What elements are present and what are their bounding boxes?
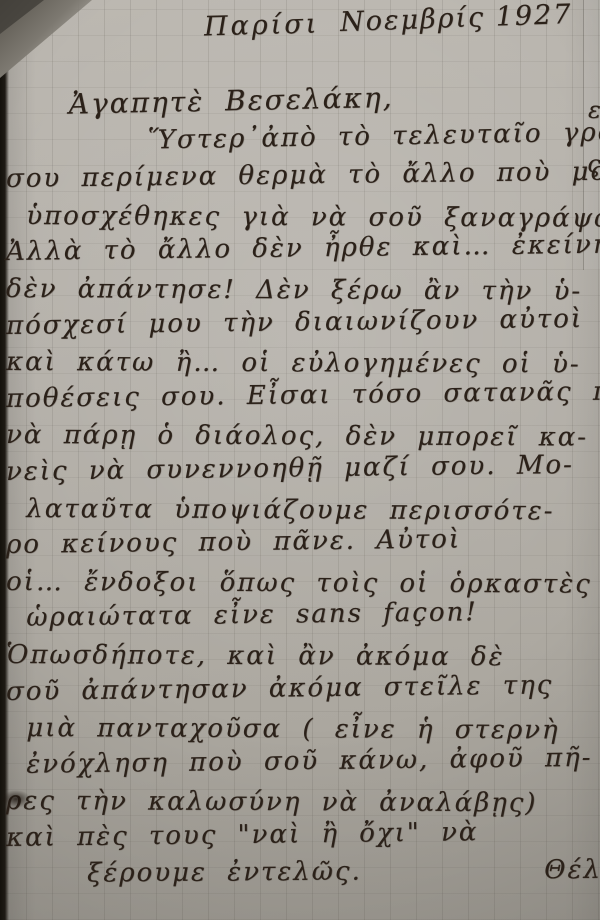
letter-line: σοῦ ἀπάντησαν ἀκόμα στεῖλε της	[6, 666, 600, 710]
edge-ink-fragment: ε	[588, 96, 600, 124]
letter-body: Ἀγαπητὲ Βεσελάκη, Ὕστερ᾽ἀπὸ τὸ τελευταῖο…	[6, 88, 600, 893]
ink-blotch	[1, 790, 31, 808]
letter-line: νεὶς νὰ συνεννοηθῇ μαζί σου. Μο-	[6, 447, 600, 491]
letter-line: ὡραιώτατα εἶνε sans façon!	[6, 593, 600, 637]
letter-line: πόσχεσί μου τὴν διαιωνίζουν αὐτοὶ	[6, 300, 600, 344]
letter-line: καὶ πὲς τους "ναὶ ἢ ὄχι" νὰ	[6, 813, 600, 857]
letter-photo: Παρίσι Νοεμβρίς 1927 Ἀγαπητὲ Βεσελάκη, Ὕ…	[0, 0, 600, 920]
letter-place: Παρίσι	[204, 8, 320, 42]
letter-line: ξέρουμε ἐντελῶς. Θέλω νὰ	[6, 852, 600, 893]
letter-line: σου περίμενα θερμὰ τὸ ἄλλο ποὺ μοῦ	[6, 154, 600, 198]
letter-line: ποθέσεις σου. Εἶσαι τόσο σατανᾶς ποὺ	[6, 373, 600, 417]
letter-line: ρο κείνους ποὺ πᾶνε. Αὐτοὶ	[6, 520, 600, 564]
edge-ink-fragment: ς	[587, 150, 600, 178]
letter-line: Ἀλλὰ τὸ ἄλλο δὲν ἦρθε καὶ… ἐκείνη	[6, 227, 600, 271]
letter-line: ἐνόχληση ποὺ σοῦ κάνω, ἀφοῦ πῆ-	[6, 739, 600, 783]
